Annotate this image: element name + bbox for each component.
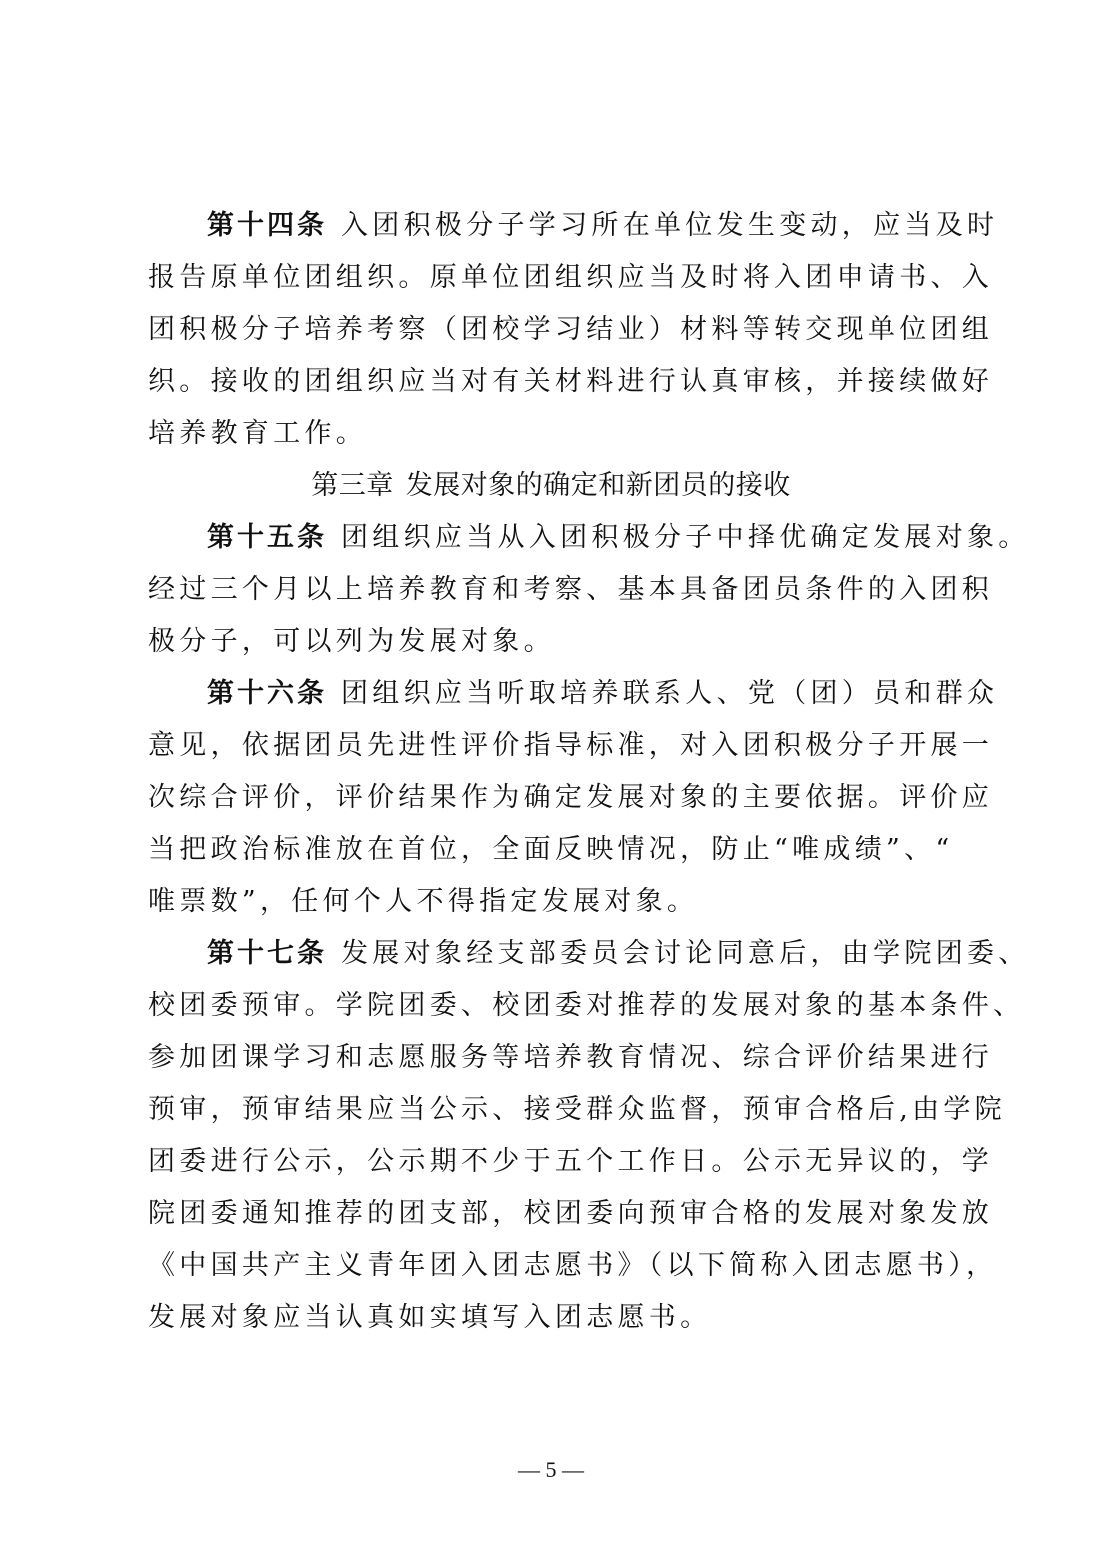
article-number: 第十五条 xyxy=(207,522,327,553)
article-line: 《中国共产主义青年团入团志愿书》（以下简称入团志愿书）， xyxy=(148,1240,968,1292)
article-text: 团组织应当从入团积极分子中择优确定发展对象。 xyxy=(341,522,1030,553)
article-line: 发展对象应当认真如实填写入团志愿书。 xyxy=(148,1292,968,1344)
article-line: 意见，依据团员先进性评价指导标准，对入团积极分子开展一 xyxy=(148,720,968,772)
article-line: 第十五条团组织应当从入团积极分子中择优确定发展对象。 xyxy=(207,512,977,564)
chapter-number: 第三章 xyxy=(311,470,394,501)
article-line: 预审，预审结果应当公示、接受群众监督，预审合格后,由学院 xyxy=(148,1084,968,1136)
article-number: 第十七条 xyxy=(207,938,327,969)
article-number: 第十六条 xyxy=(207,678,327,709)
page-number: — 5 — xyxy=(0,1455,1102,1485)
article-line: 织。接收的团组织应当对有关材料进行认真审核，并接续做好 xyxy=(148,356,968,408)
article-text: 团组织应当听取培养联系人、党（团）员和群众 xyxy=(341,678,998,709)
article-line: 次综合评价，评价结果作为确定发展对象的主要依据。评价应 xyxy=(148,772,968,824)
article-line: 经过三个月以上培养教育和考察、基本具备团员条件的入团积 xyxy=(148,564,968,616)
article-text: 发展对象经支部委员会讨论同意后，由学院团委、 xyxy=(341,938,1030,969)
chapter-title: 发展对象的确定和新团员的接收 xyxy=(406,470,791,501)
article-line: 第十七条发展对象经支部委员会讨论同意后，由学院团委、 xyxy=(207,928,977,980)
article-line: 第十六条团组织应当听取培养联系人、党（团）员和群众 xyxy=(207,668,977,720)
article-text: 入团积极分子学习所在单位发生变动，应当及时 xyxy=(341,210,998,241)
article-line: 团委进行公示，公示期不少于五个工作日。公示无异议的，学 xyxy=(148,1136,968,1188)
article-line: 当把政治标准放在首位，全面反映情况，防止“唯成绩”、“ xyxy=(148,824,968,876)
article-number: 第十四条 xyxy=(207,210,327,241)
article-line: 院团委通知推荐的团支部，校团委向预审合格的发展对象发放 xyxy=(148,1188,968,1240)
document-page: 第十四条入团积极分子学习所在单位发生变动，应当及时 报告原单位团组织。原单位团组… xyxy=(0,0,1102,1559)
article-line: 参加团课学习和志愿服务等培养教育情况、综合评价结果进行 xyxy=(148,1032,968,1084)
article-line: 极分子，可以列为发展对象。 xyxy=(148,616,968,668)
article-line: 校团委预审。学院团委、校团委对推荐的发展对象的基本条件、 xyxy=(148,980,968,1032)
article-line: 第十四条入团积极分子学习所在单位发生变动，应当及时 xyxy=(207,200,977,252)
article-line: 团积极分子培养考察（团校学习结业）材料等转交现单位团组 xyxy=(148,304,968,356)
chapter-heading: 第三章发展对象的确定和新团员的接收 xyxy=(0,460,1102,512)
article-line: 唯票数”，任何个人不得指定发展对象。 xyxy=(148,876,968,928)
article-line: 报告原单位团组织。原单位团组织应当及时将入团申请书、入 xyxy=(148,252,968,304)
article-line: 培养教育工作。 xyxy=(148,408,968,460)
